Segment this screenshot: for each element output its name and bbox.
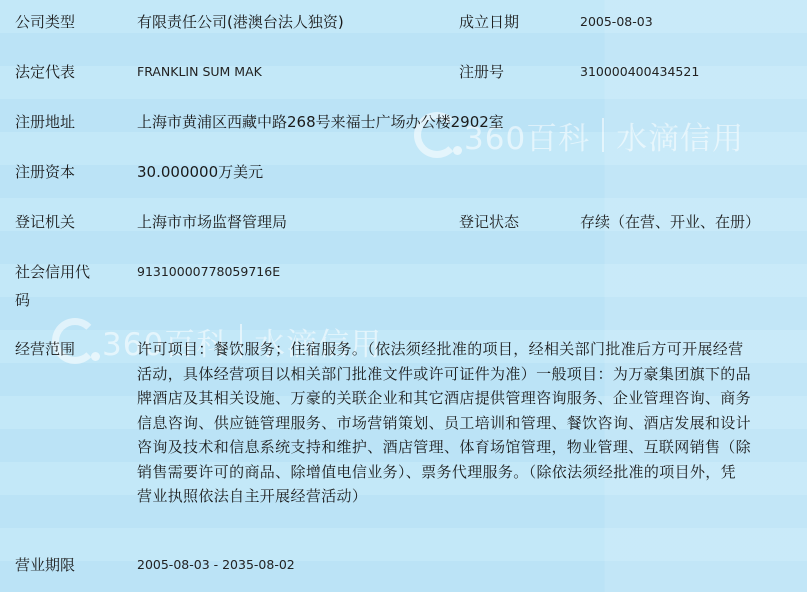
business-scope-line: 咨询及技术和信息系统支持和维护、酒店管理、体育场馆管理，物业管理、互联网销售（除 <box>137 435 787 460</box>
founded-date-label: 成立日期 <box>459 8 519 36</box>
business-scope-line: 活动，具体经营项目以相关部门批准文件或许可证件为准）一般项目：为万豪集团旗下的品 <box>137 362 787 387</box>
business-term-value: 2005-08-03 - 2035-08-02 <box>137 551 295 579</box>
reg-address-value: 上海市黄浦区西藏中路268号来福士广场办公楼2902室 <box>137 108 504 136</box>
business-scope-line: 营业执照依法自主开展经营活动） <box>137 484 787 509</box>
founded-date-value: 2005-08-03 <box>580 8 653 36</box>
watermark-brand-b: 水滴信用 <box>616 113 744 158</box>
business-scope-line: 许可项目：餐饮服务；住宿服务。（依法须经批准的项目，经相关部门批准后方可开展经营 <box>137 337 787 362</box>
business-term-label: 营业期限 <box>15 551 115 579</box>
legal-rep-value: FRANKLIN SUM MAK <box>137 58 262 86</box>
reg-status-label: 登记状态 <box>459 208 519 236</box>
business-scope-line: 销售需要许可的商品、除增值电信业务）、票务代理服务。（除依法须经批准的项目外，凭 <box>137 460 787 485</box>
business-scope-value: 许可项目：餐饮服务；住宿服务。（依法须经批准的项目，经相关部门批准后方可开展经营… <box>137 337 787 509</box>
company-type-label: 公司类型 <box>15 8 115 36</box>
reg-capital-label: 注册资本 <box>15 158 115 186</box>
legal-rep-label: 法定代表 <box>15 58 115 86</box>
business-scope-line: 信息咨询、供应链管理服务、市场营销策划、员工培训和管理、餐饮咨询、酒店发展和设计 <box>137 411 787 436</box>
reg-status-value: 存续（在营、开业、在册） <box>580 208 760 236</box>
credit-code-value: 91310000778059716E <box>137 258 280 286</box>
reg-no-value: 310000400434521 <box>580 58 699 86</box>
credit-code-label-line2: 码 <box>15 291 30 309</box>
reg-capital-value: 30.000000万美元 <box>137 158 263 186</box>
credit-code-label: 社会信用代 码 <box>15 258 115 314</box>
reg-authority-value: 上海市市场监督管理局 <box>137 208 287 236</box>
watermark-separator <box>602 118 604 152</box>
reg-address-label: 注册地址 <box>15 108 115 136</box>
credit-code-label-line1: 社会信用代 <box>15 263 90 281</box>
company-type-value: 有限责任公司(港澳台法人独资) <box>137 8 344 36</box>
reg-no-label: 注册号 <box>459 58 504 86</box>
business-scope-line: 牌酒店及其相关设施、万豪的关联企业和其它酒店提供管理咨询服务、企业管理咨询、商务 <box>137 386 787 411</box>
business-scope-label: 经营范围 <box>15 335 115 363</box>
reg-authority-label: 登记机关 <box>15 208 115 236</box>
